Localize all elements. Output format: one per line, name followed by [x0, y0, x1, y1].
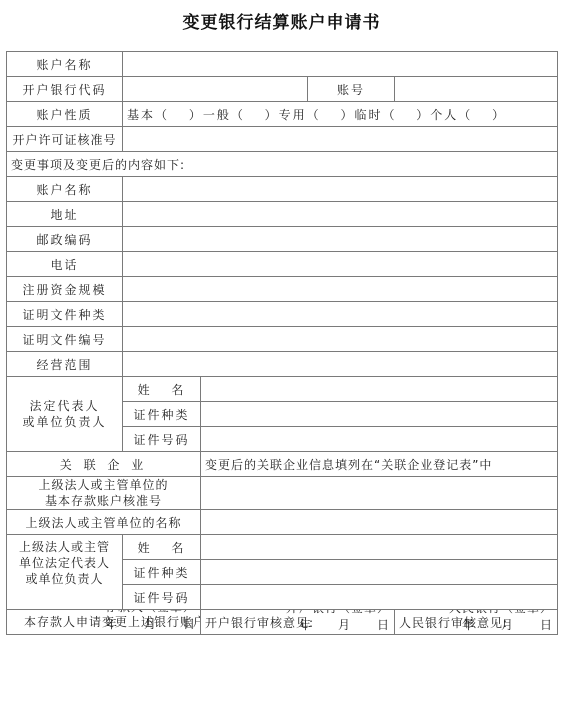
year-label: 年	[299, 616, 312, 633]
parent-approval-line2: 基本存款账户核准号	[11, 493, 196, 509]
year-label: 年	[105, 616, 118, 633]
affiliate-note: 变更后的关联企业信息填列在“关联企业登记表”中	[201, 452, 558, 477]
change-phone-label: 电话	[7, 252, 123, 277]
account-name-label: 账户名称	[7, 52, 123, 77]
pboc-review-section: 人民银行审核意见: 经办人（签名） 人民银行（签章） 年 月 日	[395, 610, 558, 635]
parent-rep-label: 上级法人或主管 单位法定代表人 或单位负责人	[7, 535, 123, 610]
parent-rep-id-type-label: 证件种类	[123, 560, 201, 585]
change-address-label: 地址	[7, 202, 123, 227]
account-name-field[interactable]	[123, 52, 558, 77]
page-title: 变更银行结算账户申请书	[0, 8, 563, 33]
change-doc-no-field[interactable]	[123, 327, 558, 352]
legal-rep-label-line2: 或单位负责人	[11, 414, 118, 430]
parent-approval-field[interactable]	[201, 477, 558, 510]
legal-rep-name-label: 姓 名	[123, 377, 201, 402]
account-type-options[interactable]: 基本（ ）一般（ ）专用（ ）临时（ ）个人（ ）	[123, 102, 558, 127]
change-address-field[interactable]	[123, 202, 558, 227]
parent-name-field[interactable]	[201, 510, 558, 535]
affiliate-label: 关 联 企 业	[7, 452, 201, 477]
bank-date[interactable]: 年 月 日	[205, 616, 390, 633]
day-label: 日	[540, 616, 553, 633]
parent-rep-id-no-label: 证件号码	[123, 585, 201, 610]
account-no-field[interactable]	[395, 77, 558, 102]
parent-rep-line1: 上级法人或主管	[11, 539, 118, 555]
change-doc-type-label: 证明文件种类	[7, 302, 123, 327]
parent-rep-id-type-field[interactable]	[201, 560, 558, 585]
change-capital-label: 注册资金规模	[7, 277, 123, 302]
bank-code-label: 开户银行代码	[7, 77, 123, 102]
parent-rep-line3: 或单位负责人	[11, 571, 118, 587]
parent-rep-name-label: 姓 名	[123, 535, 201, 560]
legal-rep-label: 法定代表人 或单位负责人	[7, 377, 123, 452]
parent-approval-line1: 上级法人或主管单位的	[11, 477, 196, 493]
change-section-header: 变更事项及变更后的内容如下:	[7, 152, 558, 177]
application-form: 账户名称 开户银行代码 账号 账户性质 基本（ ）一般（ ）专用（ ）临时（ ）…	[6, 51, 558, 635]
license-no-field[interactable]	[123, 127, 558, 152]
month-label: 月	[338, 616, 351, 633]
change-capital-field[interactable]	[123, 277, 558, 302]
year-label: 年	[462, 616, 475, 633]
parent-rep-id-no-field[interactable]	[201, 585, 558, 610]
month-label: 月	[501, 616, 514, 633]
parent-rep-name-field[interactable]	[201, 535, 558, 560]
parent-rep-line2: 单位法定代表人	[11, 555, 118, 571]
pboc-date[interactable]: 年 月 日	[399, 616, 553, 633]
change-scope-label: 经营范围	[7, 352, 123, 377]
day-label: 日	[183, 616, 196, 633]
change-phone-field[interactable]	[123, 252, 558, 277]
license-no-label: 开户许可证核准号	[7, 127, 123, 152]
bank-code-field[interactable]	[123, 77, 308, 102]
parent-approval-label: 上级法人或主管单位的 基本存款账户核准号	[7, 477, 201, 510]
legal-rep-id-type-field[interactable]	[201, 402, 558, 427]
legal-rep-id-no-field[interactable]	[201, 427, 558, 452]
change-doc-no-label: 证明文件编号	[7, 327, 123, 352]
legal-rep-id-type-label: 证件种类	[123, 402, 201, 427]
change-postcode-field[interactable]	[123, 227, 558, 252]
bank-review-section: 开户银行审核意见: 经办人（签章） 开户银行（签章） 年 月 日	[201, 610, 395, 635]
change-postcode-label: 邮政编码	[7, 227, 123, 252]
change-doc-type-field[interactable]	[123, 302, 558, 327]
account-no-label: 账号	[308, 77, 395, 102]
applicant-section: 本存款人申请变更上述银行账户内容，并承诺所提供的资料真实、有效 存款人（签章） …	[7, 610, 201, 635]
change-account-name-label: 账户名称	[7, 177, 123, 202]
legal-rep-id-no-label: 证件号码	[123, 427, 201, 452]
change-account-name-field[interactable]	[123, 177, 558, 202]
account-type-label: 账户性质	[7, 102, 123, 127]
legal-rep-label-line1: 法定代表人	[11, 398, 118, 414]
month-label: 月	[144, 616, 157, 633]
change-scope-field[interactable]	[123, 352, 558, 377]
parent-name-label: 上级法人或主管单位的名称	[7, 510, 201, 535]
day-label: 日	[377, 616, 390, 633]
legal-rep-name-field[interactable]	[201, 377, 558, 402]
applicant-date[interactable]: 年 月 日	[11, 616, 196, 633]
